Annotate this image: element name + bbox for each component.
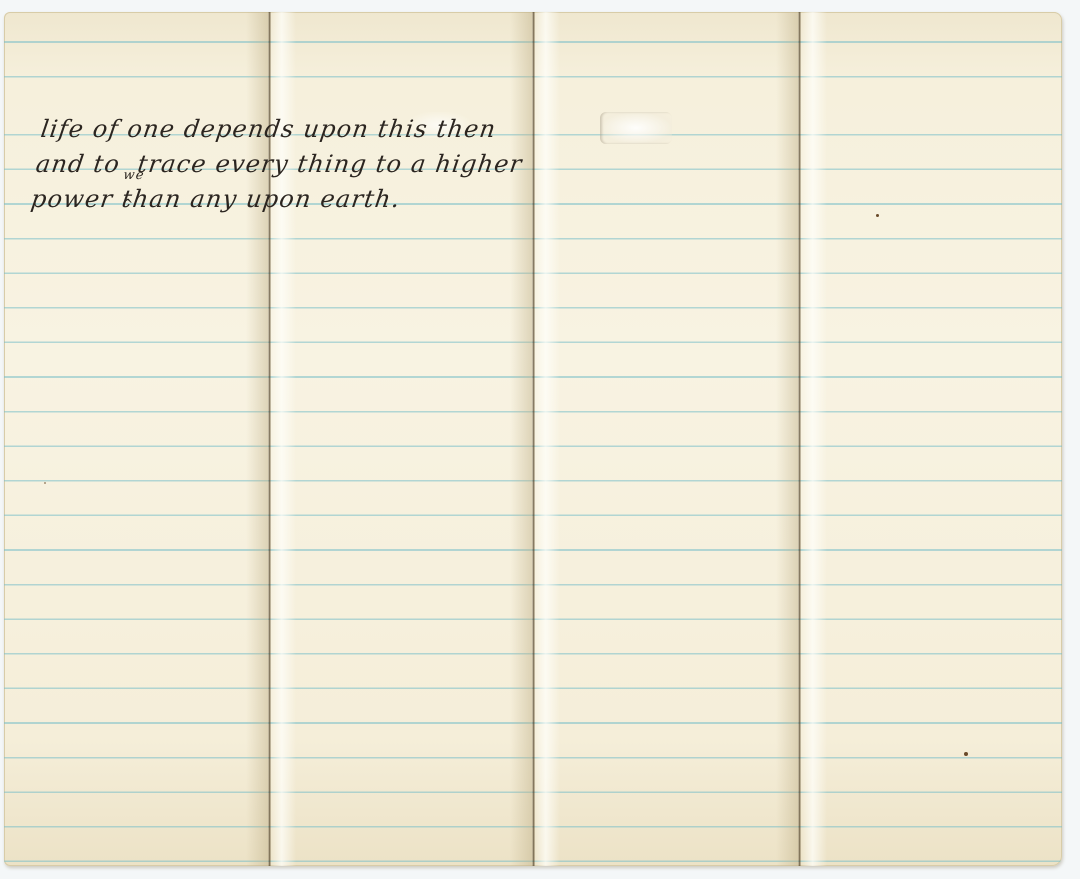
fold-shadow <box>776 12 798 866</box>
paper-speck <box>44 482 46 484</box>
line-text: life of one depends upon this then <box>39 115 498 143</box>
fold-line-2 <box>532 12 535 866</box>
paper-speck <box>876 214 879 217</box>
handwriting-line-1: life of one depends upon this then <box>38 112 529 147</box>
handwriting-line-3: power than any upon earth. <box>29 182 520 217</box>
fold-highlight <box>801 12 827 866</box>
line-text: power than any upon earth. <box>29 185 402 213</box>
handwritten-text: life of one depends upon this then and t… <box>29 112 530 217</box>
fold-line-3 <box>798 12 801 866</box>
line-text: trace every thing to a higher <box>127 150 524 178</box>
line-text: and to <box>34 150 122 178</box>
fold-highlight <box>534 12 560 866</box>
embossed-stamp <box>600 112 672 144</box>
paper-speck <box>964 752 968 756</box>
handwriting-line-2: and to we ^ trace every thing to a highe… <box>34 147 525 182</box>
letter-sheet: life of one depends upon this then and t… <box>4 12 1062 866</box>
